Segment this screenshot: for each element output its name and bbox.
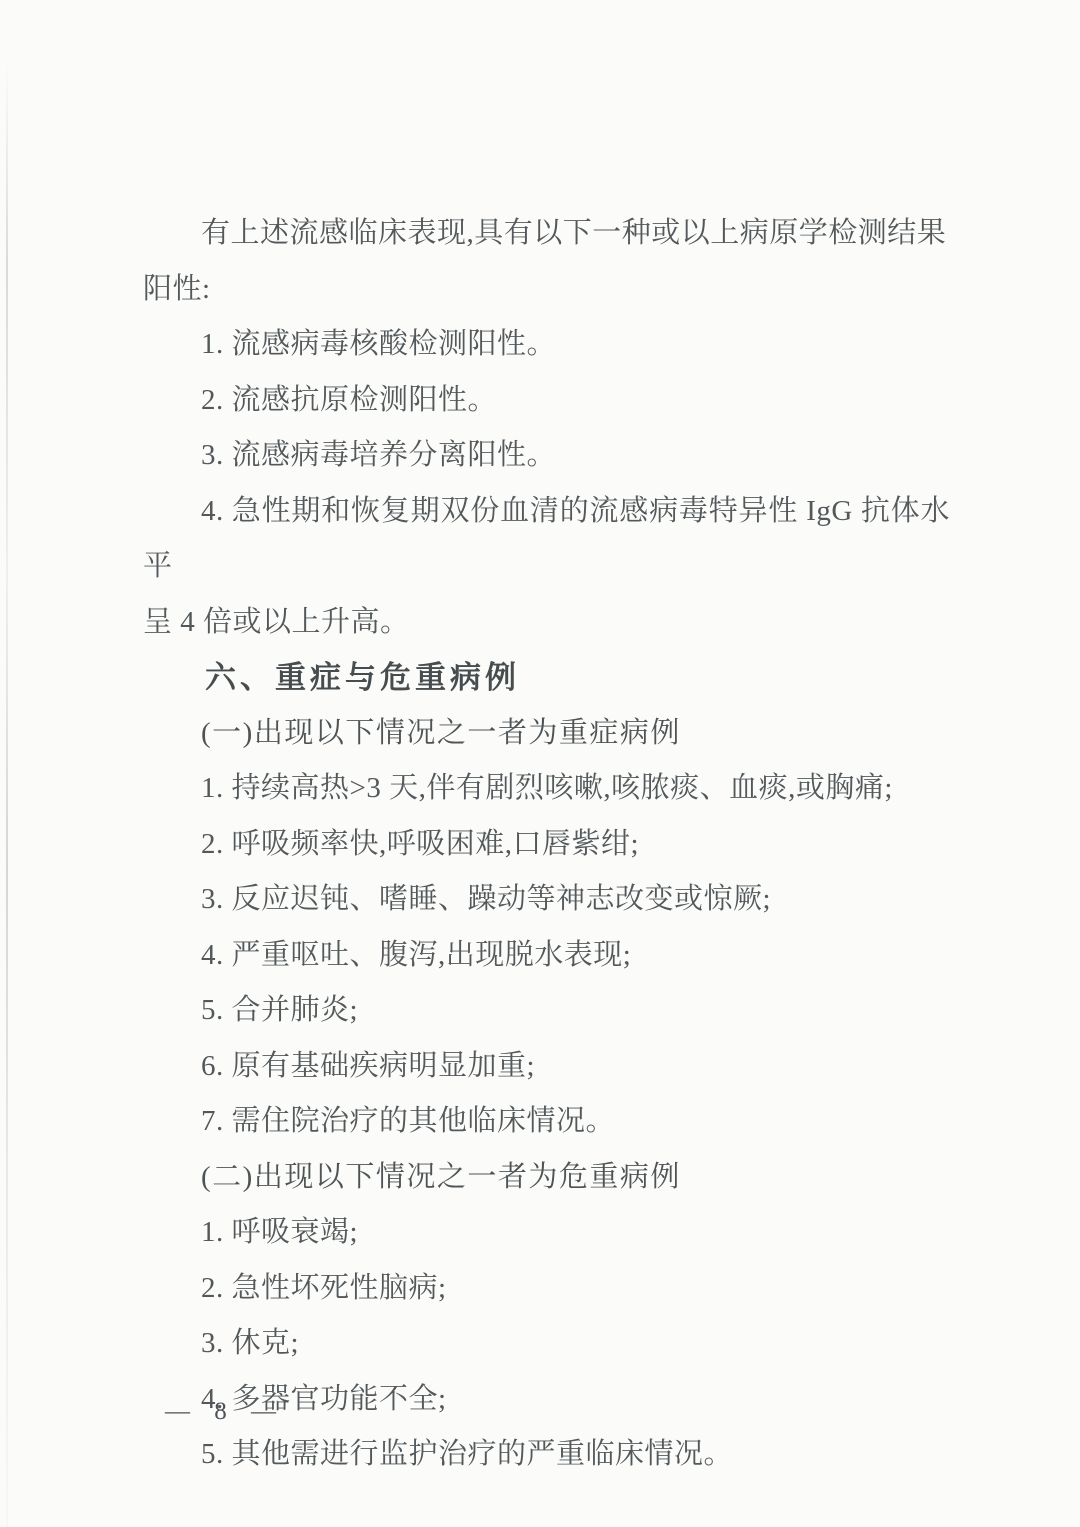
paragraph: 2. 流感抗原检测阳性。	[143, 373, 950, 429]
subsection-heading: (二)出现以下情况之一者为危重病例	[143, 1150, 950, 1206]
paragraph: 4. 严重呕吐、腹泻,出现脱水表现;	[143, 928, 950, 984]
subsection-heading: (一)出现以下情况之一者为重症病例	[143, 706, 950, 762]
paragraph: 3. 流感病毒培养分离阳性。	[143, 428, 950, 484]
paragraph: 5. 其他需进行监护治疗的严重临床情况。	[143, 1427, 950, 1483]
paragraph: 1. 流感病毒核酸检测阳性。	[143, 317, 950, 373]
paragraph: 5. 合并肺炎;	[143, 983, 950, 1039]
paragraph: 7. 需住院治疗的其他临床情况。	[143, 1094, 950, 1150]
scan-edge-artifact	[6, 60, 8, 1527]
document-page: 有上述流感临床表现,具有以下一种或以上病原学检测结果 阳性:1. 流感病毒核酸检…	[0, 0, 1080, 1527]
paragraph: 2. 呼吸频率快,呼吸困难,口唇紫绀;	[143, 817, 950, 873]
page-number: — 8 —	[165, 1398, 285, 1426]
section-heading: 六、重症与危重病例	[143, 650, 950, 706]
paragraph: 3. 反应迟钝、嗜睡、躁动等神志改变或惊厥;	[143, 872, 950, 928]
paragraph: 2. 急性坏死性脑病;	[143, 1261, 950, 1317]
document-content: 有上述流感临床表现,具有以下一种或以上病原学检测结果 阳性:1. 流感病毒核酸检…	[143, 206, 950, 1483]
paragraph: 1. 持续高热>3 天,伴有剧烈咳嗽,咳脓痰、血痰,或胸痛;	[143, 761, 950, 817]
paragraph: 6. 原有基础疾病明显加重;	[143, 1039, 950, 1095]
paragraph: 1. 呼吸衰竭;	[143, 1205, 950, 1261]
paragraph: 有上述流感临床表现,具有以下一种或以上病原学检测结果 阳性:	[143, 206, 950, 317]
paragraph: 3. 休克;	[143, 1316, 950, 1372]
paragraph: 4. 急性期和恢复期双份血清的流感病毒特异性 IgG 抗体水平 呈 4 倍或以上…	[143, 484, 950, 651]
